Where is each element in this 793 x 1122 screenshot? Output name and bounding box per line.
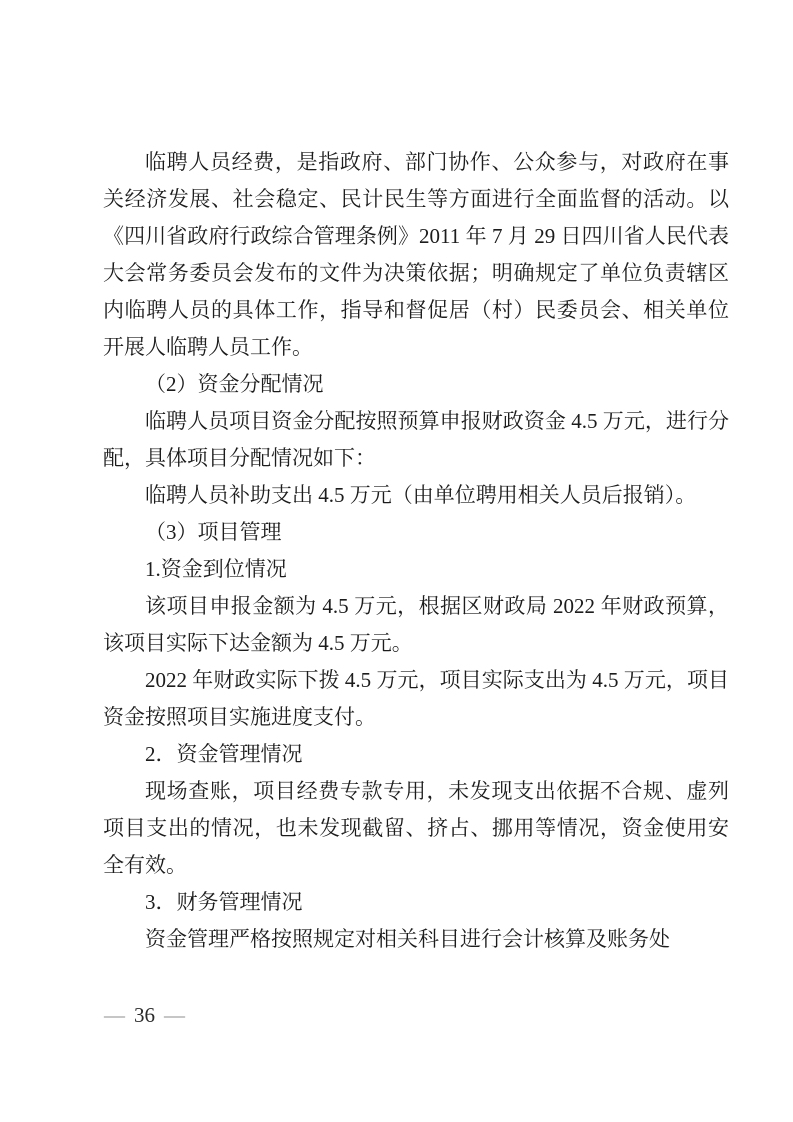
- para-subsidy-expense: 临聘人员补助支出 4.5 万元（由单位聘用相关人员后报销）。: [103, 477, 729, 514]
- para-fund-allocation-intro: 临聘人员项目资金分配按照预算申报财政资金 4.5 万元，进行分配，具体项目分配情…: [103, 403, 729, 477]
- document-page: 临聘人员经费，是指政府、部门协作、公众参与，对政府在事关经济发展、社会稳定、民计…: [0, 0, 793, 1122]
- para-financial-management-detail: 资金管理严格按照规定对相关科目进行会计核算及账务处: [103, 921, 729, 958]
- page-footer: —36—: [104, 997, 185, 1034]
- heading-project-management: （3）项目管理: [103, 514, 729, 551]
- para-fund-disbursement: 2022 年财政实际下拨 4.5 万元，项目实际支出为 4.5 万元，项目资金按…: [103, 662, 729, 736]
- para-fund-arrival-detail: 该项目申报金额为 4.5 万元，根据区财政局 2022 年财政预算，该项目实际下…: [103, 588, 729, 662]
- footer-left-dash: —: [104, 1003, 125, 1027]
- para-fund-management-detail: 现场查账，项目经费专款专用，未发现支出依据不合规、虚列项目支出的情况，也未发现截…: [103, 773, 729, 884]
- heading-fund-management: 2．资金管理情况: [103, 736, 729, 773]
- footer-right-dash: —: [164, 1003, 185, 1027]
- para-overview: 临聘人员经费，是指政府、部门协作、公众参与，对政府在事关经济发展、社会稳定、民计…: [103, 144, 729, 366]
- page-number: 36: [125, 1003, 164, 1027]
- heading-financial-management: 3．财务管理情况: [103, 884, 729, 921]
- heading-fund-allocation: （2）资金分配情况: [103, 366, 729, 403]
- heading-fund-arrival: 1.资金到位情况: [103, 551, 729, 588]
- document-body: 临聘人员经费，是指政府、部门协作、公众参与，对政府在事关经济发展、社会稳定、民计…: [103, 144, 729, 958]
